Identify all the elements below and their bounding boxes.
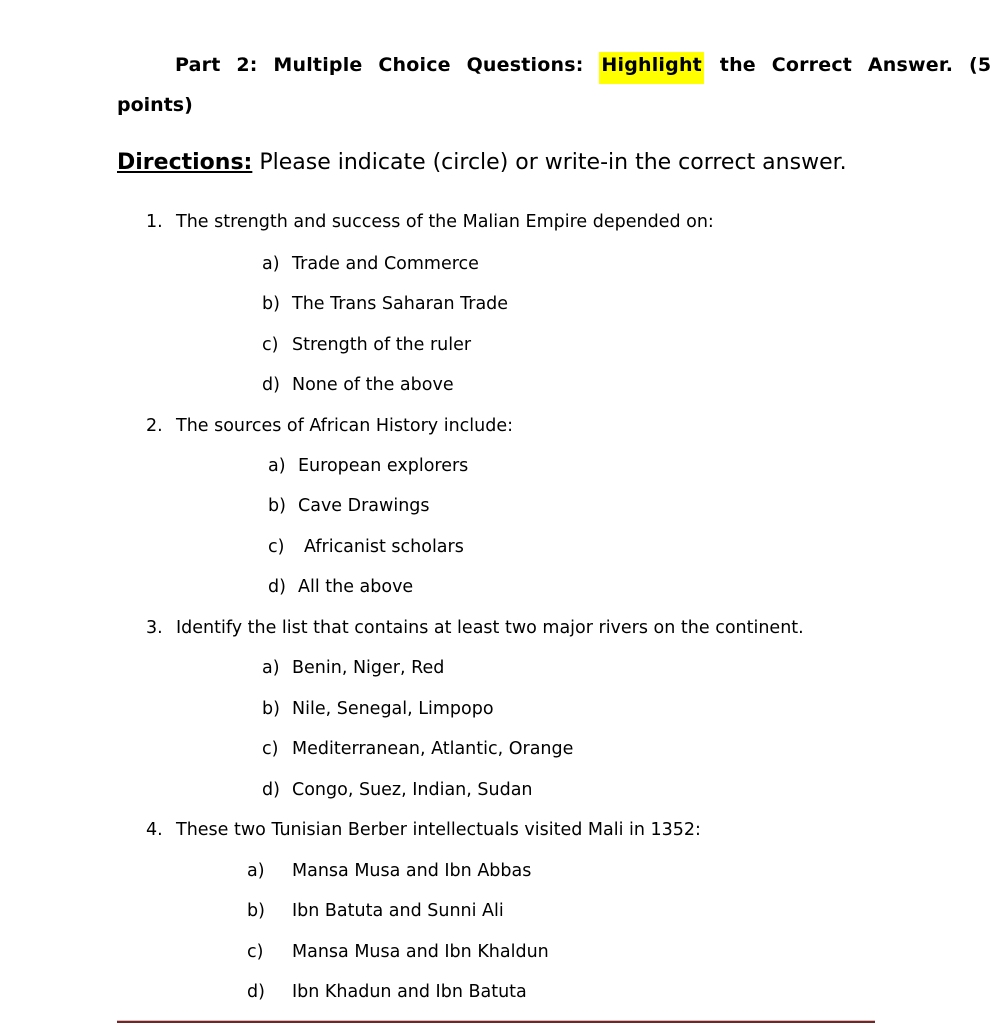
option-text: Mansa Musa and Ibn Abbas	[292, 861, 531, 881]
option-2b[interactable]: b)Cave Drawings	[268, 496, 430, 516]
option-letter: d)	[268, 577, 298, 597]
heading-word: Questions:	[467, 54, 584, 76]
option-4c[interactable]: c)Mansa Musa and Ibn Khaldun	[247, 942, 549, 962]
option-letter: a)	[262, 658, 292, 678]
heading-word: 2:	[236, 54, 257, 76]
directions: Directions: Please indicate (circle) or …	[117, 150, 847, 175]
directions-text: Please indicate (circle) or write-in the…	[259, 150, 846, 175]
heading-word: Part	[175, 54, 221, 76]
question-text: These two Tunisian Berber intellectuals …	[176, 820, 701, 840]
question-number: 4.	[146, 820, 176, 840]
option-letter: c)	[247, 942, 292, 962]
heading-word: Multiple	[273, 54, 362, 76]
option-text: Mediterranean, Atlantic, Orange	[292, 739, 573, 759]
option-text: Strength of the ruler	[292, 335, 471, 355]
option-text: Congo, Suez, Indian, Sudan	[292, 780, 533, 800]
option-letter: b)	[262, 699, 292, 719]
option-letter: b)	[247, 901, 292, 921]
option-letter: d)	[247, 982, 292, 1002]
question-number: 1.	[146, 212, 176, 232]
option-1d[interactable]: d)None of the above	[262, 375, 454, 395]
option-text: Mansa Musa and Ibn Khaldun	[292, 942, 549, 962]
option-text: None of the above	[292, 375, 454, 395]
option-2c[interactable]: c)Africanist scholars	[268, 537, 464, 557]
option-3c[interactable]: c)Mediterranean, Atlantic, Orange	[262, 739, 573, 759]
option-text: Trade and Commerce	[292, 254, 479, 274]
option-letter: a)	[247, 861, 292, 881]
option-text: The Trans Saharan Trade	[292, 294, 508, 314]
option-2a[interactable]: a)European explorers	[268, 456, 468, 476]
question-4: 4.These two Tunisian Berber intellectual…	[146, 820, 701, 840]
option-4a[interactable]: a)Mansa Musa and Ibn Abbas	[247, 861, 531, 881]
question-1: 1.The strength and success of the Malian…	[146, 212, 714, 232]
page-divider	[117, 1020, 875, 1023]
question-text: Identify the list that contains at least…	[176, 618, 804, 638]
question-number: 2.	[146, 416, 176, 436]
question-number: 3.	[146, 618, 176, 638]
option-3d[interactable]: d)Congo, Suez, Indian, Sudan	[262, 780, 533, 800]
option-letter: c)	[262, 739, 292, 759]
option-4d[interactable]: d)Ibn Khadun and Ibn Batuta	[247, 982, 527, 1002]
highlighted-word: Highlight	[599, 52, 704, 84]
option-letter: c)	[262, 335, 292, 355]
option-text: Nile, Senegal, Limpopo	[292, 699, 494, 719]
question-2: 2.The sources of African History include…	[146, 416, 513, 436]
option-letter: b)	[268, 496, 298, 516]
option-3a[interactable]: a)Benin, Niger, Red	[262, 658, 444, 678]
question-text: The strength and success of the Malian E…	[176, 212, 714, 232]
heading-continuation: points)	[117, 94, 193, 116]
option-text: Ibn Batuta and Sunni Ali	[292, 901, 504, 921]
option-1c[interactable]: c)Strength of the ruler	[262, 335, 471, 355]
option-3b[interactable]: b)Nile, Senegal, Limpopo	[262, 699, 494, 719]
option-text: Cave Drawings	[298, 496, 430, 516]
option-text: Benin, Niger, Red	[292, 658, 444, 678]
option-4b[interactable]: b)Ibn Batuta and Sunni Ali	[247, 901, 504, 921]
option-letter: a)	[262, 254, 292, 274]
heading-word: Choice	[378, 54, 450, 76]
heading-rest: the Correct Answer. (5	[720, 54, 991, 76]
option-text: All the above	[298, 577, 413, 597]
section-heading: Part 2: Multiple Choice Questions: Highl…	[175, 54, 991, 76]
option-text: Africanist scholars	[304, 537, 464, 557]
option-letter: a)	[268, 456, 298, 476]
option-letter: c)	[268, 537, 304, 557]
option-1b[interactable]: b)The Trans Saharan Trade	[262, 294, 508, 314]
question-text: The sources of African History include:	[176, 416, 513, 436]
option-text: Ibn Khadun and Ibn Batuta	[292, 982, 527, 1002]
option-1a[interactable]: a)Trade and Commerce	[262, 254, 479, 274]
option-text: European explorers	[298, 456, 468, 476]
question-3: 3.Identify the list that contains at lea…	[146, 618, 804, 638]
option-2d[interactable]: d)All the above	[268, 577, 413, 597]
option-letter: b)	[262, 294, 292, 314]
option-letter: d)	[262, 780, 292, 800]
option-letter: d)	[262, 375, 292, 395]
directions-label: Directions:	[117, 150, 252, 175]
